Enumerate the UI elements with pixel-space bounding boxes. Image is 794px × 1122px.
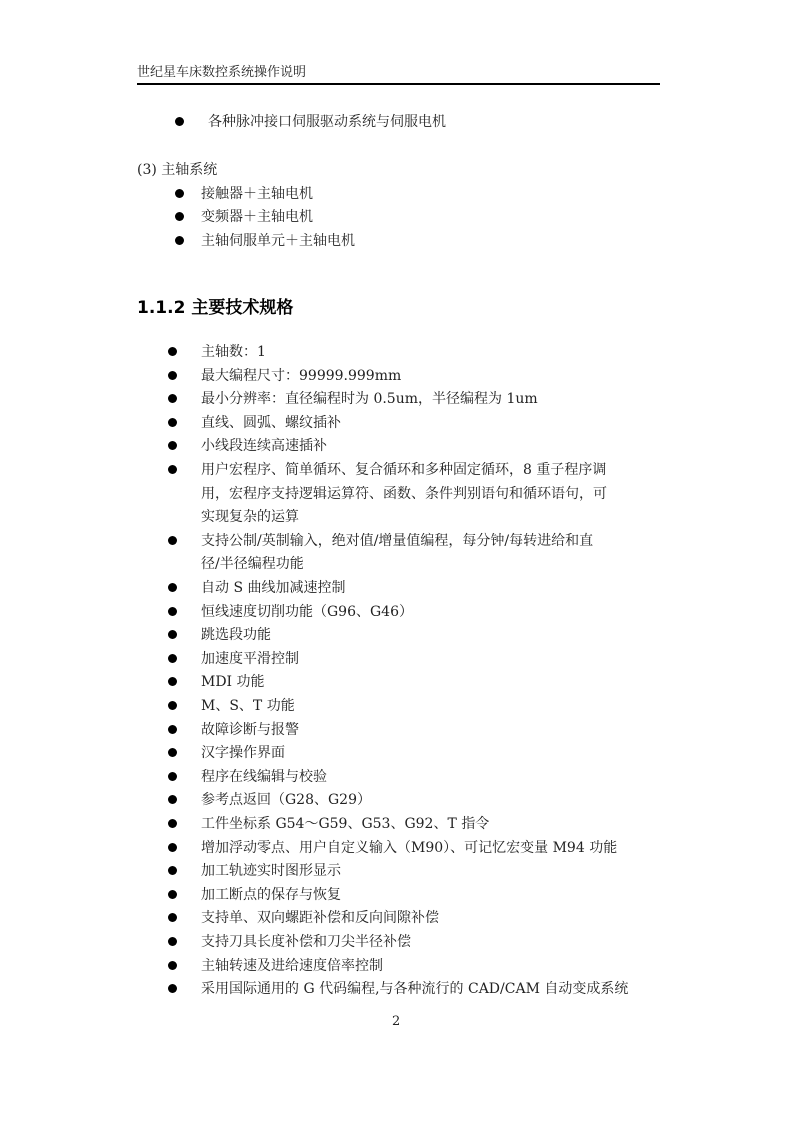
spindle-section-label: (3) 主轴系统	[137, 158, 217, 182]
bullet-icon	[168, 937, 177, 946]
list-item-text: MDI 功能	[201, 670, 265, 694]
bullet-icon	[168, 961, 177, 970]
list-item-text: 小线段连续高速插补	[201, 434, 327, 458]
bullet-icon	[168, 819, 177, 828]
bullet-icon	[168, 347, 177, 356]
bullet-icon	[175, 236, 184, 245]
list-item-text: 故障诊断与报警	[201, 718, 299, 742]
bullet-icon	[168, 654, 177, 663]
header-rule	[137, 83, 660, 85]
bullet-icon	[168, 748, 177, 757]
list-item-text: 跳选段功能	[201, 623, 271, 647]
list-item-text: 各种脉冲接口伺服驱动系统与伺服电机	[208, 110, 446, 134]
page-number: 2	[392, 1013, 400, 1031]
list-item-text: 加速度平滑控制	[201, 647, 299, 671]
list-item-text: 采用国际通用的 G 代码编程,与各种流行的 CAD/CAM 自动变成系统	[201, 977, 628, 1001]
bullet-icon	[168, 890, 177, 899]
bullet-icon	[168, 725, 177, 734]
list-item-text: 增加浮动零点、用户自定义输入（M90）、可记忆宏变量 M94 功能	[201, 836, 617, 860]
list-item-text: 加工轨迹实时图形显示	[201, 859, 341, 883]
list-item-text: 用户宏程序、简单循环、复合循环和多种固定循环，8 重子程序调	[201, 458, 606, 482]
bullet-icon	[168, 984, 177, 993]
bullet-icon	[175, 117, 184, 126]
page-header: 世纪星车床数控系统操作说明	[137, 64, 660, 82]
list-item-text: 自动 S 曲线加减速控制	[201, 576, 346, 600]
list-item-text: 主轴数：1	[201, 340, 266, 364]
list-item-text: 主轴伺服单元＋主轴电机	[201, 229, 355, 253]
list-item-text: 用，宏程序支持逻辑运算符、函数、条件判别语句和循环语句，可	[201, 482, 607, 506]
list-item-text: 接触器＋主轴电机	[201, 182, 313, 206]
list-item-text: 支持公制/英制输入，绝对值/增量值编程，每分钟/每转进给和直	[201, 529, 593, 553]
bullet-icon	[175, 212, 184, 221]
list-item-text: 程序在线编辑与校验	[201, 765, 327, 789]
list-item-text: 变频器＋主轴电机	[201, 205, 313, 229]
bullet-icon	[168, 701, 177, 710]
bullet-icon	[168, 536, 177, 545]
list-item-text: 恒线速度切削功能（G96、G46）	[201, 600, 413, 624]
list-item-text: M、S、T 功能	[201, 694, 295, 718]
bullet-icon	[168, 795, 177, 804]
bullet-icon	[168, 441, 177, 450]
bullet-icon	[168, 866, 177, 875]
list-item-text: 最小分辨率：直径编程时为 0.5um，半径编程为 1um	[201, 387, 538, 411]
section-heading: 1.1.2 主要技术规格	[137, 296, 293, 320]
bullet-icon	[168, 465, 177, 474]
list-item-text: 最大编程尺寸：99999.999mm	[201, 364, 401, 388]
list-item-text: 参考点返回（G28、G29）	[201, 788, 371, 812]
bullet-icon	[168, 843, 177, 852]
bullet-icon	[168, 913, 177, 922]
bullet-icon	[168, 418, 177, 427]
bullet-icon	[168, 630, 177, 639]
list-item-text: 加工断点的保存与恢复	[201, 883, 341, 907]
list-item-text: 主轴转速及进给速度倍率控制	[201, 954, 383, 978]
bullet-icon	[168, 677, 177, 686]
list-item-text: 径/半径编程功能	[201, 552, 304, 576]
bullet-icon	[168, 607, 177, 616]
list-item-text: 支持单、双向螺距补偿和反向间隙补偿	[201, 906, 439, 930]
bullet-icon	[168, 371, 177, 380]
list-item-text: 直线、圆弧、螺纹插补	[201, 411, 341, 435]
bullet-icon	[168, 394, 177, 403]
list-item-text: 工件坐标系 G54～G59、G53、G92、T 指令	[201, 812, 489, 836]
list-item-text: 实现复杂的运算	[201, 505, 299, 529]
list-item-text: 支持刀具长度补偿和刀尖半径补偿	[201, 930, 411, 954]
bullet-icon	[175, 189, 184, 198]
list-item-text: 汉字操作界面	[201, 741, 285, 765]
bullet-icon	[168, 772, 177, 781]
bullet-icon	[168, 583, 177, 592]
